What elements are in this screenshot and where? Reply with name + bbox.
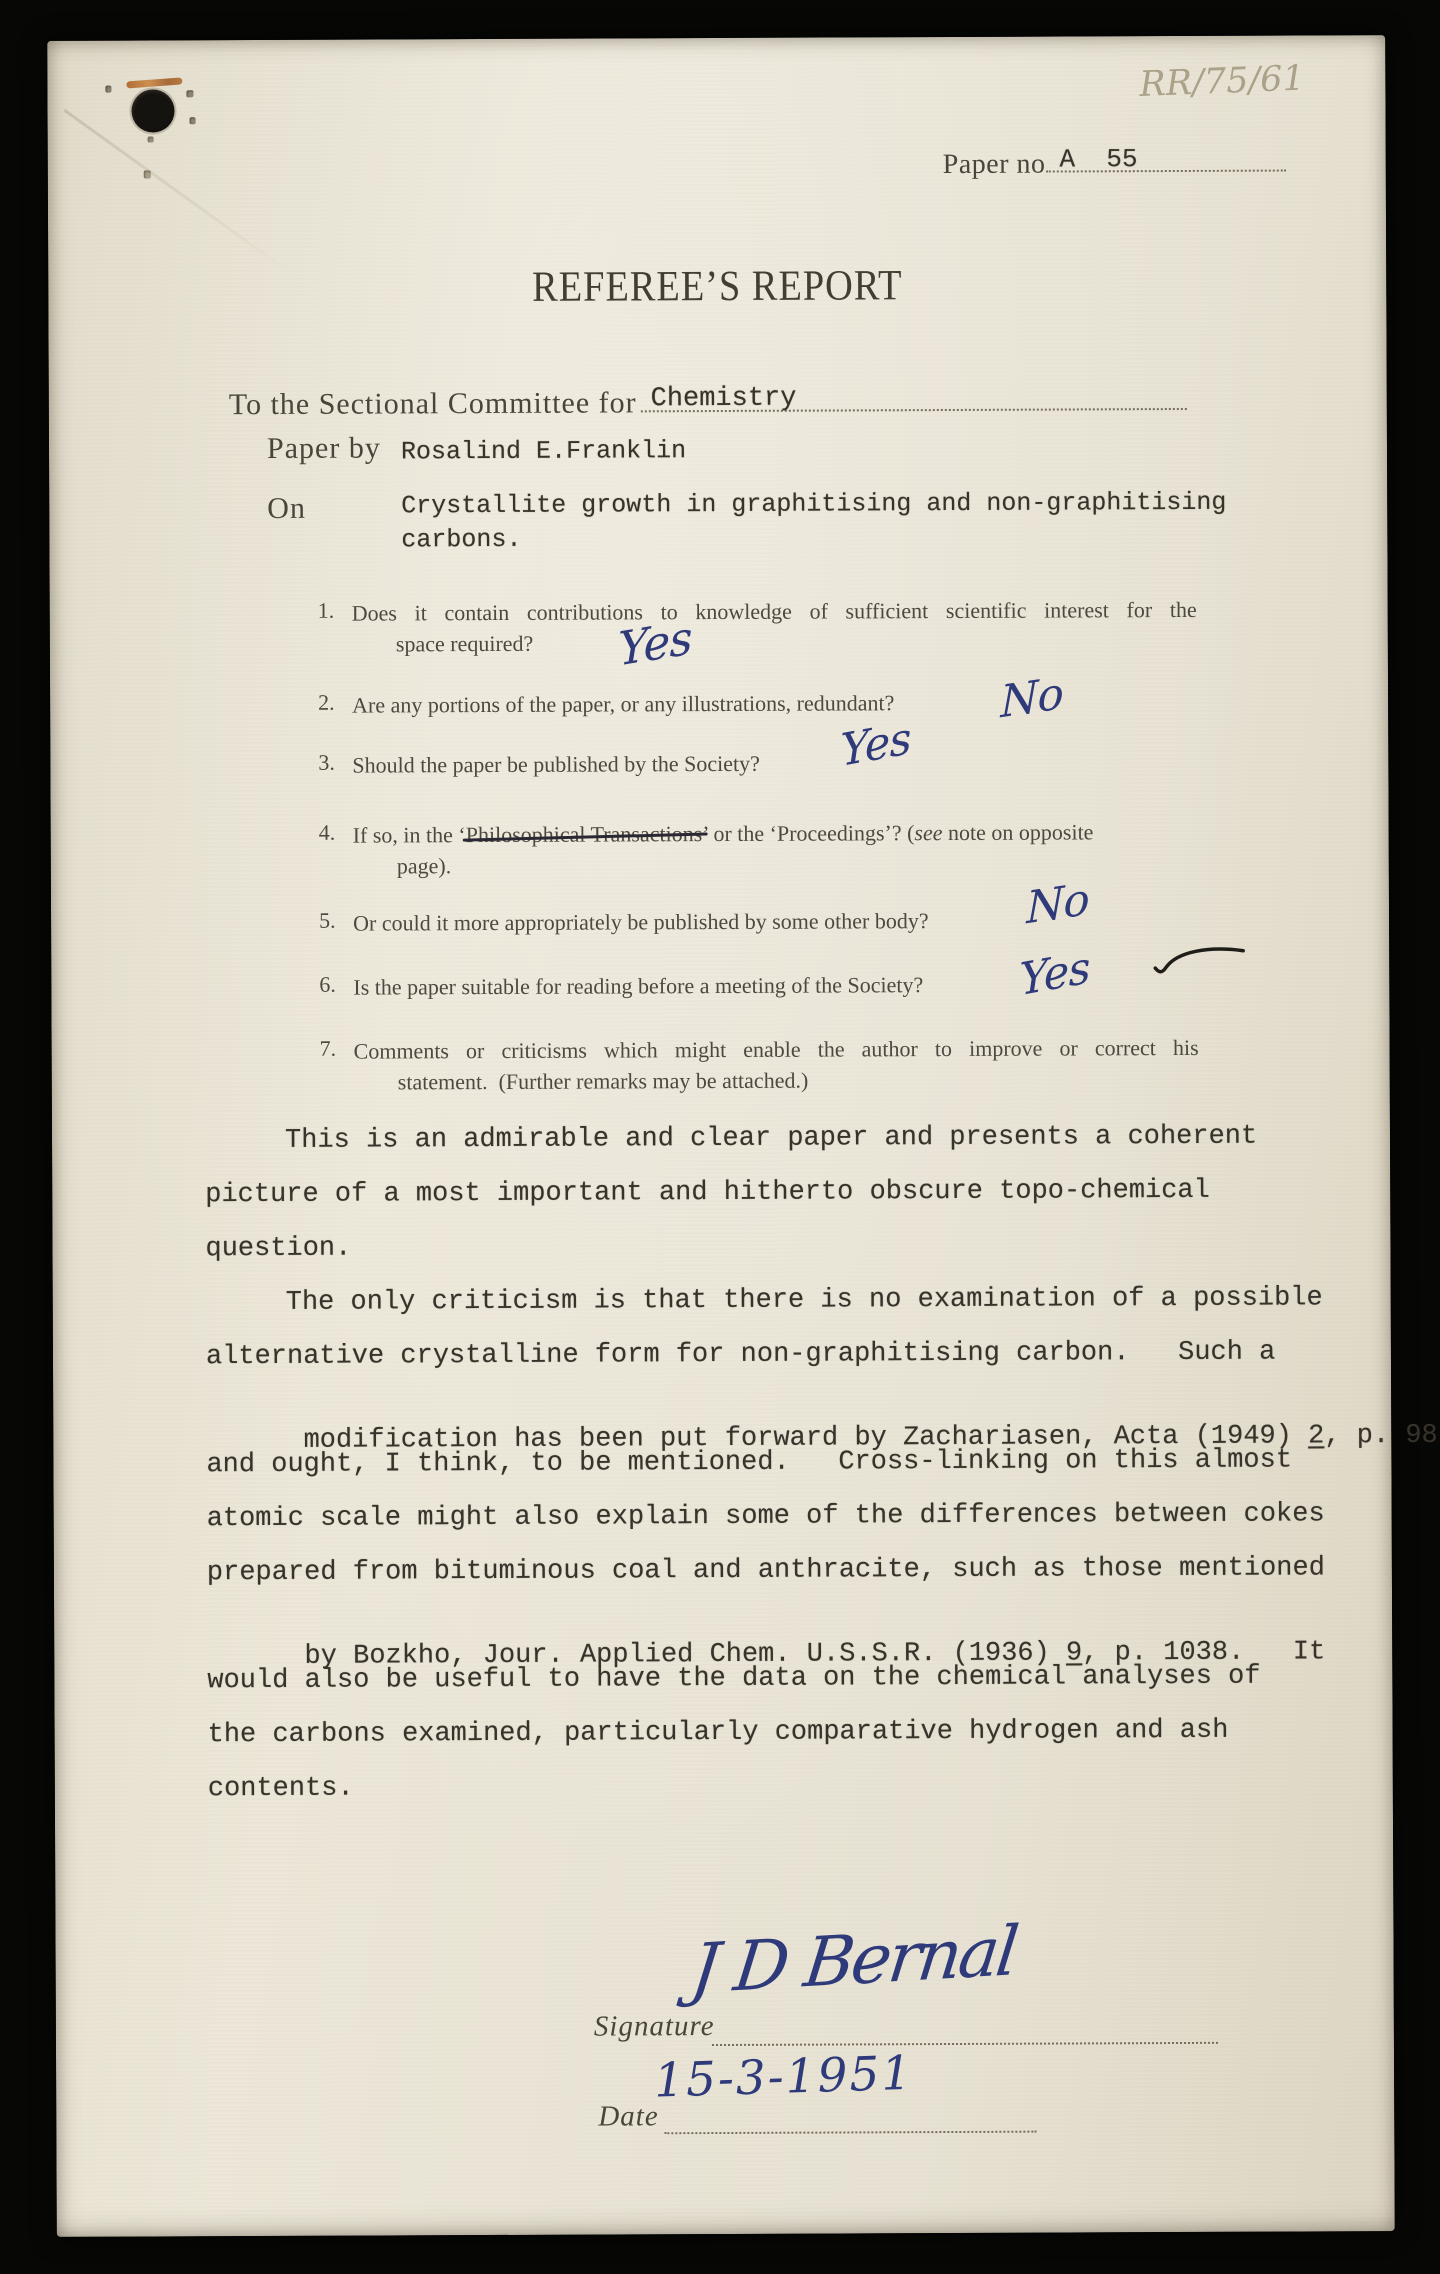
committee-label: To the Sectional Committee for <box>229 386 637 422</box>
question-7: 7. Comments or criticisms which might en… <box>320 1032 1199 1098</box>
subject-line: Crystallite growth in graphitising and n… <box>401 486 1226 524</box>
struck-out-text: Philosophical Transactions <box>466 821 703 847</box>
comment-line: the carbons examined, particularly compa… <box>208 1716 1229 1750</box>
staple-hole <box>105 86 111 93</box>
question-6-text: Is the paper suitable for reading before… <box>353 972 923 999</box>
rust-stain <box>126 77 182 88</box>
signature-label: Signature <box>594 2010 715 2044</box>
handwritten-answer-q5: No <box>1026 874 1089 935</box>
paper-number-value: A 55 <box>1059 144 1137 174</box>
paper-by-label: Paper by <box>267 431 381 465</box>
question-1-text: space required? <box>352 625 1197 660</box>
staple-hole <box>186 90 193 97</box>
handwritten-answer-q2: No <box>1000 668 1063 729</box>
paper-number-row: Paper no A 55 <box>943 140 1286 181</box>
handwritten-signature: J D Bernal <box>687 1912 1020 2010</box>
archive-reference-pencil: RR/75/61 <box>1139 59 1306 105</box>
paper-by-value: Rosalind E.Franklin <box>401 436 686 466</box>
committee-row: To the Sectional Committee for Chemistry <box>229 374 1187 422</box>
question-3: 3. Should the paper be published by the … <box>318 746 1197 781</box>
handwritten-answer-q1: Yes <box>618 610 692 676</box>
staple-hole <box>190 117 196 124</box>
question-3-text: Should the paper be published by the Soc… <box>352 751 760 778</box>
paper-crease <box>63 109 292 275</box>
comment-line: and ought, I think, to be mentioned. Cro… <box>206 1446 1292 1481</box>
question-4: 4. If so, in the ‘Philosophical Transact… <box>319 816 1198 882</box>
question-2-text: Are any portions of the paper, or any il… <box>352 690 894 717</box>
question-7-text: Comments or criticisms which might enabl… <box>354 1032 1199 1067</box>
comment-line: The only criticism is that there is no e… <box>206 1283 1323 1318</box>
question-7-text: statement. (Further remarks may be attac… <box>354 1063 1199 1098</box>
question-2: 2. Are any portions of the paper, or any… <box>318 686 1197 721</box>
referee-report-page: RR/75/61 Paper no A 55 REFEREE’S REPORT … <box>47 35 1395 2237</box>
comment-line: atomic scale might also explain some of … <box>207 1499 1325 1534</box>
check-mark-icon <box>1149 942 1249 982</box>
page-title: REFEREE’S REPORT <box>75 257 1360 313</box>
scanned-document-viewer: RR/75/61 Paper no A 55 REFEREE’S REPORT … <box>0 0 1440 2274</box>
punch-hole <box>131 89 174 132</box>
comment-line: alternative crystalline form for non-gra… <box>206 1338 1275 1373</box>
staple-hole <box>144 170 151 178</box>
date-label: Date <box>598 2100 659 2133</box>
question-5-text: Or could it more appropriately be publis… <box>353 908 929 936</box>
comment-line: prepared from bituminous coal and anthra… <box>207 1553 1325 1588</box>
committee-value: Chemistry <box>651 384 797 415</box>
comment-line: contents. <box>208 1774 354 1805</box>
signature-leader <box>712 2010 1218 2046</box>
question-1: 1. Does it contain contributions to know… <box>318 594 1197 660</box>
paper-number-leader: A 55 <box>1045 140 1285 173</box>
comment-line: would also be useful to have the data on… <box>207 1662 1260 1697</box>
question-1-text: Does it contain contributions to knowled… <box>352 594 1197 629</box>
comment-line: picture of a most important and hitherto… <box>205 1176 1210 1210</box>
subject-line: carbons. <box>401 520 1226 558</box>
handwritten-date: 15-3-1951 <box>653 2046 914 2109</box>
committee-leader: Chemistry <box>640 374 1186 412</box>
staple-hole <box>148 136 154 142</box>
paper-number-label: Paper no <box>943 149 1046 181</box>
subject-label: On <box>267 492 306 526</box>
comment-line: This is an admirable and clear paper and… <box>205 1122 1257 1157</box>
subject-value: Crystallite growth in graphitising and n… <box>401 486 1226 558</box>
comment-line: question. <box>205 1234 351 1265</box>
